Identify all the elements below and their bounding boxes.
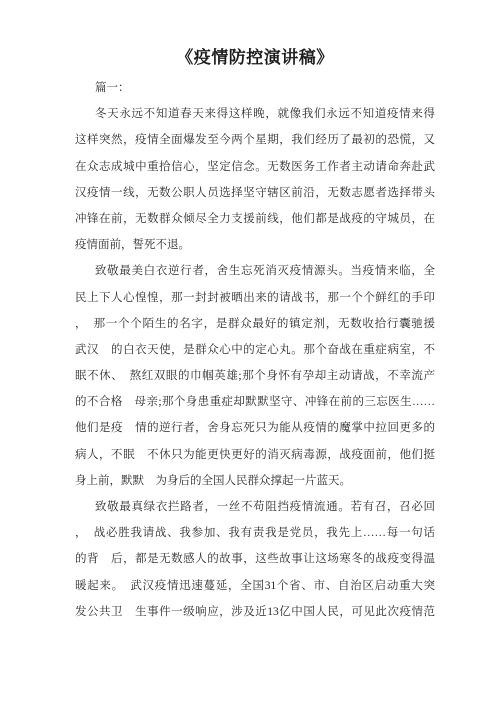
section-label: 篇一： <box>75 75 435 101</box>
document-title: 《疫情防控演讲稿》 <box>75 44 435 72</box>
text-line: 这样突然，疫情全面爆发至今两个星期，我们经历了最初的恐慌，又 <box>75 127 435 153</box>
text-line: 致敬最美白衣逆行者，舍生忘死消灭疫情源头。当疫情来临，全 <box>75 258 435 284</box>
text-line: 发公共卫 生事件一级响应，涉及近13亿中国人民，可见此次疫情范 <box>75 599 435 625</box>
text-line: 的背 后，都是无数感人的故事，这些故事让这场寒冬的战疫变得温 <box>75 546 435 572</box>
text-line: 疫情面前，誓死不退。 <box>75 232 435 258</box>
text-line: 眠不休、 熬红双眼的巾帼英雄;那个身怀有孕却主动请战，不幸流产 <box>75 363 435 389</box>
text-line: ， 那一个个陌生的名字，是群众最好的镇定剂，无数收拾行囊驰援 <box>75 311 435 337</box>
text-line: 冬天永远不知道春天来得这样晚，就像我们永远不知道疫情来得 <box>75 101 435 127</box>
text-line: 的不合格 母亲;那个身患重症却默默坚守、冲锋在前的三忘医生…… <box>75 389 435 415</box>
text-line: 民上下人心惶惶，那一封封被晒出来的请战书，那一个个鲜红的手印 <box>75 285 435 311</box>
text-line: 暖起来。 武汉疫情迅速蔓延，全国31个省、市、自治区启动重大突 <box>75 573 435 599</box>
text-line: 冲锋在前，无数群众倾尽全力支援前线，他们都是战疫的守城员，在 <box>75 206 435 232</box>
document-body: 篇一： 冬天永远不知道春天来得这样晚，就像我们永远不知道疫情来得 这样突然，疫情… <box>75 75 435 625</box>
text-line: ， 战必胜我请战、我参加、我有责我是党员，我先上……每一句话 <box>75 520 435 546</box>
text-line: 身上前，默默 为身后的全国人民群众撑起一片蓝天。 <box>75 468 435 494</box>
text-line: 病人，不眠 不休只为能更快更好的消灭病毒源，战疫面前，他们挺 <box>75 442 435 468</box>
text-line: 武汉 的白衣天使，是群众心中的定心丸。那个奋战在重症病室，不 <box>75 337 435 363</box>
text-line: 他们是疫 情的逆行者，舍身忘死只为能从疫情的魔掌中拉回更多的 <box>75 415 435 441</box>
text-line: 在众志成城中重拾信心，坚定信念。无数医务工作者主动请命奔赴武 <box>75 154 435 180</box>
text-line: 致敬最真绿衣拦路者，一丝不苟阻挡疫情流通。若有召，召必回 <box>75 494 435 520</box>
document-page: 《疫情防控演讲稿》 篇一： 冬天永远不知道春天来得这样晚，就像我们永远不知道疫情… <box>0 0 500 707</box>
text-line: 汉疫情一线，无数公职人员选择坚守辖区前沿，无数志愿者选择带头 <box>75 180 435 206</box>
